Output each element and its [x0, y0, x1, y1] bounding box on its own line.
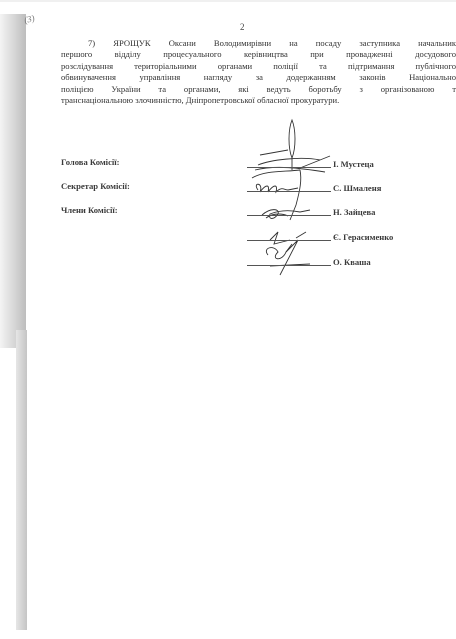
role-members: Члени Комісії: — [61, 205, 118, 215]
paragraph-line: розслідування територіальними органами п… — [61, 61, 456, 72]
role-secretary: Секретар Комісії: — [61, 181, 130, 191]
paragraph-line: 7) ЯРОЩУК Оксани Володимирівни на посаду… — [61, 38, 456, 49]
scan-edge-shadow — [0, 14, 26, 348]
paragraph-line: транснаціональною злочинністю, Дніпропет… — [61, 95, 456, 106]
name-chairman: І. Мустеца — [333, 159, 374, 169]
name-member-1: Н. Зайцева — [333, 207, 375, 217]
signature-line — [247, 191, 331, 192]
name-secretary: С. Шмаленя — [333, 183, 381, 193]
name-member-2: Є. Герасименко — [333, 232, 393, 242]
paragraph-line: поліцією України та органами, які ведуть… — [61, 84, 456, 95]
name-member-3: О. Кваша — [333, 257, 371, 267]
margin-note: (3) — [23, 13, 36, 25]
handwritten-signatures — [240, 110, 340, 280]
signature-line — [247, 240, 331, 241]
signature-line — [247, 167, 331, 168]
appointment-paragraph: 7) ЯРОЩУК Оксани Володимирівни на посаду… — [61, 38, 456, 106]
scan-edge-shadow-lower — [16, 330, 27, 630]
paragraph-line: обвинувачення управління нагляду за доде… — [61, 72, 456, 83]
scan-border — [0, 0, 456, 2]
paragraph-line: першого відділу процесуального керівницт… — [61, 49, 456, 60]
role-chairman: Голова Комісії: — [61, 157, 120, 167]
page-number: 2 — [240, 22, 245, 32]
signature-line — [247, 265, 331, 266]
signature-line — [247, 215, 331, 216]
